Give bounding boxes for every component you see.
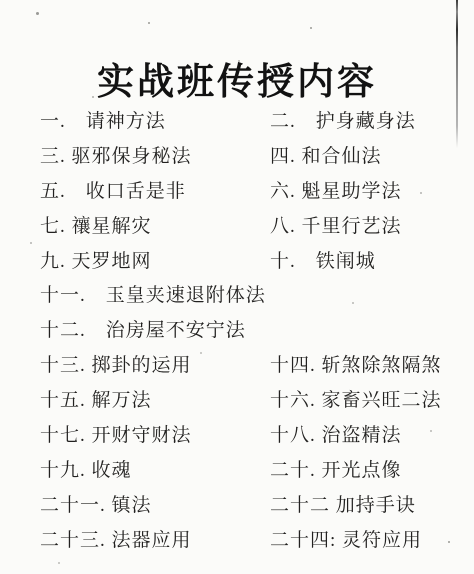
scan-noise-speck [92, 96, 94, 98]
list-item-09: 九. 天罗地网 [40, 250, 152, 273]
list-row: 七. 禳星解灾 八. 千里行艺法 [0, 211, 474, 246]
list-item-15: 十五. 解万法 [40, 389, 152, 412]
list-item-13: 十三. 掷卦的运用 [40, 354, 192, 377]
list-item-07: 七. 禳星解灾 [40, 215, 152, 238]
scan-noise-speck [430, 430, 432, 432]
list-row: 十三. 掷卦的运用 十四. 斩煞除煞隔煞 [0, 350, 474, 385]
scanned-document-page: 实战班传授内容 一. 请神方法 二. 护身藏身法 三. 驱邪保身秘法 四. 和合… [0, 0, 474, 574]
list-row: 十二. 治房屋不安宁法 [0, 315, 474, 350]
scan-noise-speck [352, 302, 354, 304]
list-item-18: 十八. 治盗精法 [270, 424, 402, 447]
list-row: 十一. 玉皇夹速退附体法 [0, 280, 474, 315]
list-row: 十五. 解万法 十六. 家畜兴旺二法 [0, 385, 474, 420]
list-item-20: 二十. 开光点像 [270, 459, 402, 482]
list-row: 五. 收口舌是非 六. 魁星助学法 [0, 176, 474, 211]
page-title: 实战班传授内容 [0, 51, 474, 105]
list-row: 二十三. 法器应用 二十四: 灵符应用 [0, 525, 474, 560]
list-item-11: 十一. 玉皇夹速退附体法 [40, 284, 266, 307]
list-item-06: 六. 魁星助学法 [270, 180, 402, 203]
list-item-23: 二十三. 法器应用 [40, 529, 192, 552]
list-row: 二十一. 镇法 二十二 加持手诀 [0, 490, 474, 525]
list-item-03: 三. 驱邪保身秘法 [40, 145, 192, 168]
list-item-01: 一. 请神方法 [40, 110, 166, 133]
scan-noise-speck [200, 352, 202, 354]
list-item-22: 二十二 加持手诀 [270, 494, 416, 517]
scan-noise-speck [30, 242, 32, 244]
scan-noise-speck [448, 541, 450, 543]
scan-noise-speck [148, 22, 150, 24]
list-item-12: 十二. 治房屋不安宁法 [40, 319, 246, 342]
list-item-21: 二十一. 镇法 [40, 494, 152, 517]
scan-noise-speck [310, 27, 312, 29]
list-item-19: 十九. 收魂 [40, 459, 132, 482]
list-item-04: 四. 和合仙法 [270, 145, 382, 168]
scan-noise-speck [36, 12, 39, 15]
list-item-08: 八. 千里行艺法 [270, 215, 402, 238]
list-row: 十九. 收魂 二十. 开光点像 [0, 455, 474, 490]
list-row: 十七. 开财守财法 十八. 治盗精法 [0, 420, 474, 455]
list-item-14: 十四. 斩煞除煞隔煞 [270, 354, 442, 377]
teaching-contents-list: 一. 请神方法 二. 护身藏身法 三. 驱邪保身秘法 四. 和合仙法 五. 收口… [0, 106, 474, 560]
scan-noise-speck [58, 562, 60, 564]
list-item-16: 十六. 家畜兴旺二法 [270, 389, 442, 412]
list-item-24: 二十四: 灵符应用 [270, 529, 422, 552]
list-item-02: 二. 护身藏身法 [270, 110, 416, 133]
list-item-05: 五. 收口舌是非 [40, 180, 186, 203]
list-row: 九. 天罗地网 十. 铁闱城 [0, 246, 474, 281]
scan-noise-speck [420, 192, 422, 194]
scan-noise-speck [238, 60, 240, 62]
list-row: 一. 请神方法 二. 护身藏身法 [0, 106, 474, 141]
list-row: 三. 驱邪保身秘法 四. 和合仙法 [0, 141, 474, 176]
scan-artifact-line [456, 0, 458, 148]
list-item-17: 十七. 开财守财法 [40, 424, 192, 447]
list-item-10: 十. 铁闱城 [270, 250, 376, 273]
